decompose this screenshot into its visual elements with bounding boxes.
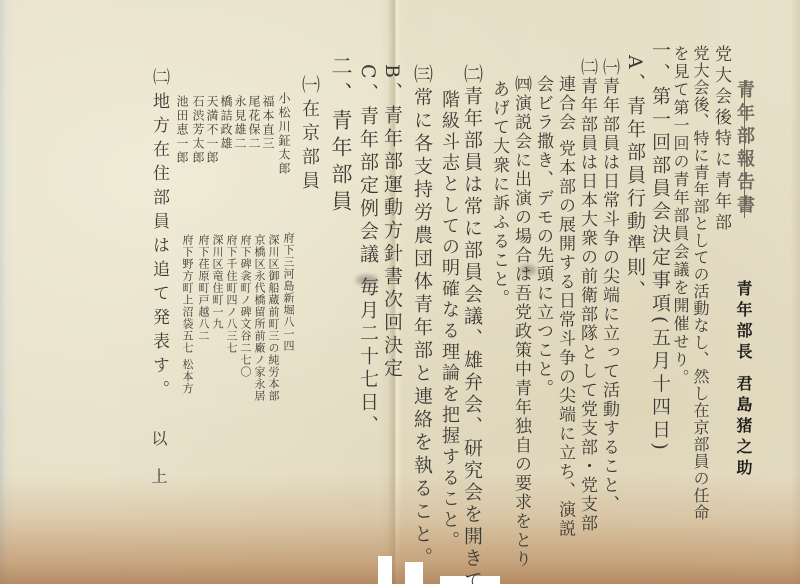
rule-item: 連合会 党本部の展開する日常斗争の尖端に立ち、演説 <box>556 75 573 538</box>
member-name: 天満不一郎 <box>206 95 218 165</box>
member-address: 深川区竜住町一九 <box>212 234 223 330</box>
member-name: 尾花保二 <box>248 95 260 151</box>
signature-name: 君島猪之助 <box>735 375 751 480</box>
member-address: 京橋区永代橋留所前廠ノ家永居 <box>254 234 265 402</box>
closing: 以上 <box>150 430 166 506</box>
rule-item: あげて大衆に訴ふること。 <box>490 80 507 308</box>
header-line-3: を見て第一回の青年部員会議を開催せり。 <box>672 45 688 387</box>
header-line-2: 党大会後、特に青年部としての活動なし、然し在京部員の任命 <box>692 45 708 521</box>
section2-heading: 二、青年部員 <box>330 55 351 217</box>
section1-heading: 一、第一回部員会決定事項(五月十四日) <box>650 40 669 454</box>
member-name: 石渋芳太郎 <box>192 95 204 165</box>
section1-B: B、青年部運動方針書次回決定 <box>382 64 401 381</box>
section2-sub2: ㈡地方在住部員は追て発表す。 <box>150 68 167 404</box>
torn-edge <box>378 556 392 584</box>
signature-title: 青年部長 <box>735 280 751 364</box>
rule-item: ㈡青年部員は日本大衆の前衛部隊として党支部・党支部 <box>578 58 595 533</box>
member-address: 深川区御船蔵前町三の純労本部 <box>268 234 279 402</box>
member-address: 府下碑衾町ノ碑文谷二七〇 <box>240 234 251 378</box>
member-name: 池田恵一郎 <box>176 95 188 165</box>
member-address: 府下野方町上沼袋五七 松本方 <box>182 234 193 395</box>
member-address: 府下荏原町戸越八二 <box>198 234 209 342</box>
rule-item: ㈠青年部員は日常斗争の尖端に立って活動すること、 <box>600 58 617 514</box>
member-name: 永見雄二 <box>234 95 246 151</box>
section1-C: C、青年部定例会議 毎月二十七日、 <box>358 64 377 438</box>
rule-item: ㈡青年部員は常に部員会議、雄弁会、研究会を開きて <box>462 64 481 584</box>
struck-heading: 青年部報告書 <box>735 80 753 218</box>
water-stain <box>0 474 800 584</box>
rule-item: ㈢常に各支持労農団体青年部と連絡を執ること。 <box>412 64 431 570</box>
member-name: 橋詰政雄 <box>220 95 232 151</box>
header-line-1: 党大会後特に青年部 <box>712 45 729 234</box>
rule-item: 会ビラ撒き、デモの先頭に立つこと。 <box>534 75 551 398</box>
member-address: 府下千住町四ノ八三七 <box>226 234 237 354</box>
section2-sub1: ㈠在京部員 <box>300 75 318 195</box>
rule-item: ㈣演説会に出演の場合は吾党政策中青年独自の要求をとり <box>512 75 529 569</box>
member-address: 府下三河島新堀八一四 <box>283 232 294 352</box>
section1-A-label: A、青年部員行動準則、 <box>625 55 644 303</box>
member-name: 小松川鉦太郎 <box>278 92 290 176</box>
member-name: 福本直三 <box>262 95 274 151</box>
rule-item: 階級斗志としての明確なる理論を把握すること。 <box>440 90 458 552</box>
